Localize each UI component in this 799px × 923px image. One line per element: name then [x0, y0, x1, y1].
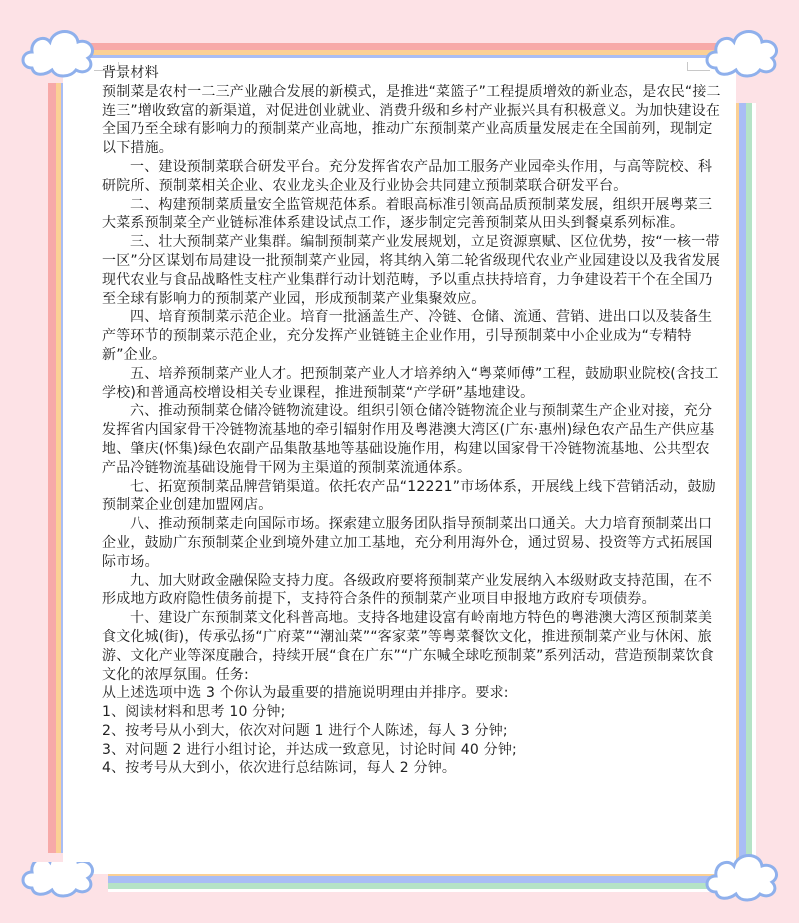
cloud-icon: [18, 24, 98, 80]
document-title: 背景材料: [102, 64, 722, 83]
measure-7: 七、拓宽预制菜品牌营销渠道。依托农产品“12221”市场体系，开展线上线下营销活…: [102, 478, 722, 516]
frame-band-bottom-white: [108, 889, 748, 892]
measure-9: 九、加大财政金融保险支持力度。各级政府要将预制菜产业发展纳入本级财政支持范围，在…: [102, 572, 722, 610]
measure-2: 二、构建预制菜质量安全监管规范体系。着眼高标准引领高品质预制菜发展，组织开展粤菜…: [102, 196, 722, 234]
document-content: 背景材料 预制菜是农村一二三产业融合发展的新模式，是推进“菜篮子”工程提质增效的…: [102, 64, 722, 778]
requirement-3: 3、对问题 2 进行小组讨论，并达成一致意见，讨论时间 40 分钟;: [102, 741, 722, 760]
intro-paragraph: 预制菜是农村一二三产业融合发展的新模式，是推进“菜篮子”工程提质增效的新业态，是…: [102, 83, 722, 158]
cloud-icon: [702, 848, 782, 904]
requirement-1: 1、阅读材料和思考 10 分钟;: [102, 703, 722, 722]
measure-4: 四、培育预制菜示范企业。培育一批涵盖生产、冷链、仓储、流通、营销、进出口以及装备…: [102, 308, 722, 364]
frame-band-right-blue: [739, 103, 746, 875]
requirement-4: 4、按考号从大到小，依次进行总结陈词，每人 2 分钟。: [102, 759, 722, 778]
requirement-2: 2、按考号从小到大，依次对问题 1 进行个人陈述，每人 3 分钟;: [102, 722, 722, 741]
frame-band-left-pink: [48, 83, 56, 853]
measure-3: 三、壮大预制菜产业集群。编制预制菜产业发展规划，立足资源禀赋、区位优势，按“一核…: [102, 233, 722, 308]
measure-8: 八、推动预制菜走向国际市场。探索建立服务团队指导预制菜出口通关。大力培育预制菜出…: [102, 515, 722, 571]
frame-band-top-pink: [88, 43, 748, 50]
measure-10: 十、建设广东预制菜文化科普高地。支持各地建设富有岭南地方特色的粤港澳大湾区预制菜…: [102, 609, 722, 684]
cloud-icon: [18, 862, 98, 918]
task-instruction: 从上述选项中选 3 个你认为最重要的措施说明理由并排序。要求:: [102, 684, 722, 703]
measure-5: 五、培养预制菜产业人才。把预制菜产业人才培养纳入“粤菜师傅”工程，鼓励职业院校(…: [102, 365, 722, 403]
measure-1: 一、建设预制菜联合研发平台。充分发挥省农产品加工服务产业园牵头作用，与高等院校、…: [102, 158, 722, 196]
frame-band-right-white: [752, 103, 756, 875]
frame-band-bottom-blue: [108, 876, 748, 883]
measure-6: 六、推动预制菜仓储冷链物流建设。组织引领仓储冷链物流企业与预制菜生产企业对接，充…: [102, 402, 722, 477]
